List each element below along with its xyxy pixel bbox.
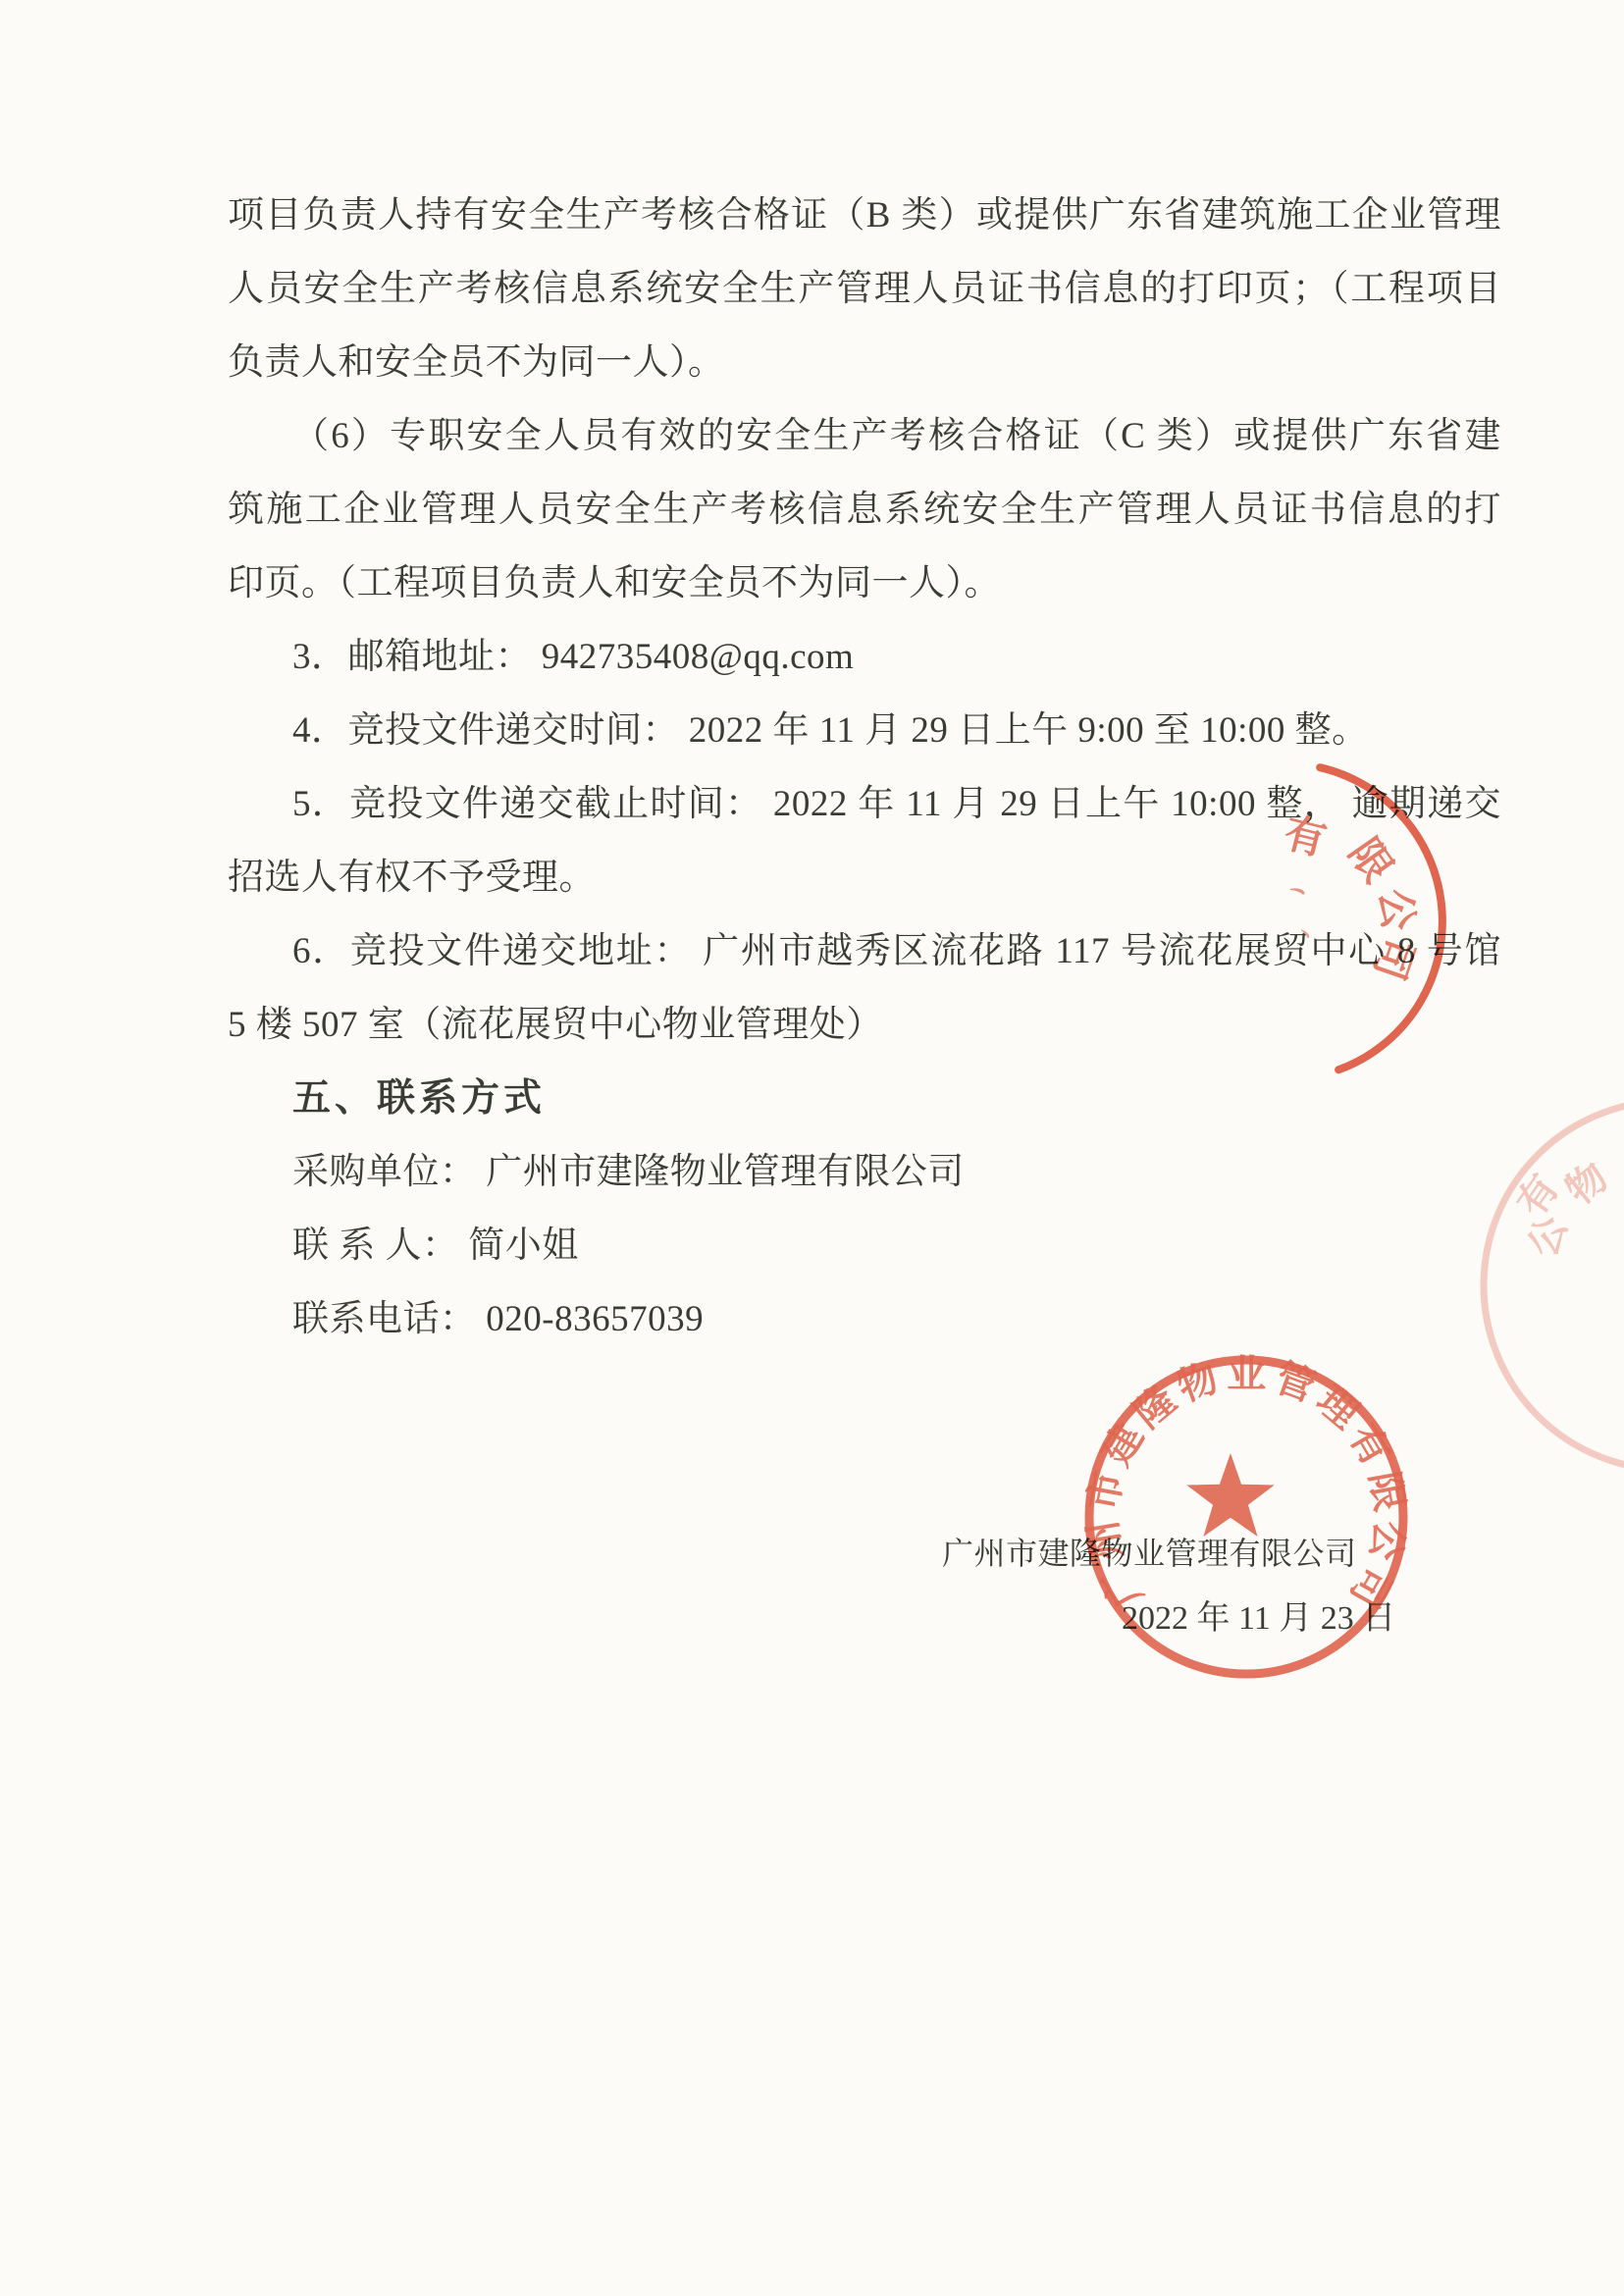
seal-star-icon (1186, 1453, 1274, 1537)
document-page: 项目负责人持有安全生产考核合格证（B 类）或提供广东省建筑施工企业管理 人员安全… (0, 0, 1624, 2296)
seal-char: 有 (1509, 1168, 1567, 1225)
contact-section-heading: 五、联系方式 (228, 1062, 1501, 1135)
doc-line-6: 印页。（工程项目负责人和安全员不为同一人）。 (228, 547, 1501, 620)
doc-line-4: （6）专职安全人员有效的安全生产考核合格证（C 类）或提供广东省建 (228, 399, 1501, 473)
phone-line: 联系电话： 020-83657039 (228, 1282, 1501, 1356)
signature-date: 2022 年 11 月 23 日 (1122, 1597, 1395, 1641)
doc-line-1: 项目负责人持有安全生产考核合格证（B 类）或提供广东省建筑施工企业管理 (228, 179, 1501, 252)
email-line: 3．邮箱地址： 942735408@qq.com (228, 620, 1501, 694)
seal-ring (1484, 1101, 1624, 1470)
deadline-line: 5．竞投文件递交截止时间： 2022 年 11 月 29 日上午 10:00 整… (228, 767, 1501, 841)
seal-char: 物 (1558, 1155, 1616, 1213)
contact-person-line: 联 系 人： 简小姐 (228, 1209, 1501, 1282)
seal-ring-text: 广州市建隆物业管理有限公司 (1081, 1353, 1411, 1615)
purchaser-line: 采购单位： 广州市建隆物业管理有限公司 (228, 1135, 1501, 1209)
seal-char: 公 (1521, 1211, 1576, 1264)
document-body: 项目负责人持有安全生产考核合格证（B 类）或提供广东省建筑施工企业管理 人员安全… (228, 179, 1501, 1356)
deadline-line-cont: 招选人有权不予受理。 (228, 841, 1501, 914)
address-line-cont: 5 楼 507 室（流花展贸中心物业管理处） (228, 988, 1501, 1062)
signature-company-name: 广州市建隆物业管理有限公司 (942, 1532, 1357, 1575)
svg-text:广州市建隆物业管理有限公司: 广州市建隆物业管理有限公司 (1081, 1353, 1411, 1615)
doc-line-2: 人员安全生产考核信息系统安全生产管理人员证书信息的打印页；（工程项目 (228, 252, 1501, 326)
address-line: 6．竞投文件递交地址： 广州市越秀区流花路 117 号流花展贸中心 8 号馆 (228, 914, 1501, 988)
submit-time-line: 4．竞投文件递交时间： 2022 年 11 月 29 日上午 9:00 至 10… (228, 694, 1501, 767)
doc-line-5: 筑施工企业管理人员安全生产考核信息系统安全生产管理人员证书信息的打 (228, 473, 1501, 547)
company-seal-stamp: 广州市建隆物业管理有限公司 (1068, 1340, 1425, 1697)
doc-line-3: 负责人和安全员不为同一人）。 (228, 326, 1501, 399)
